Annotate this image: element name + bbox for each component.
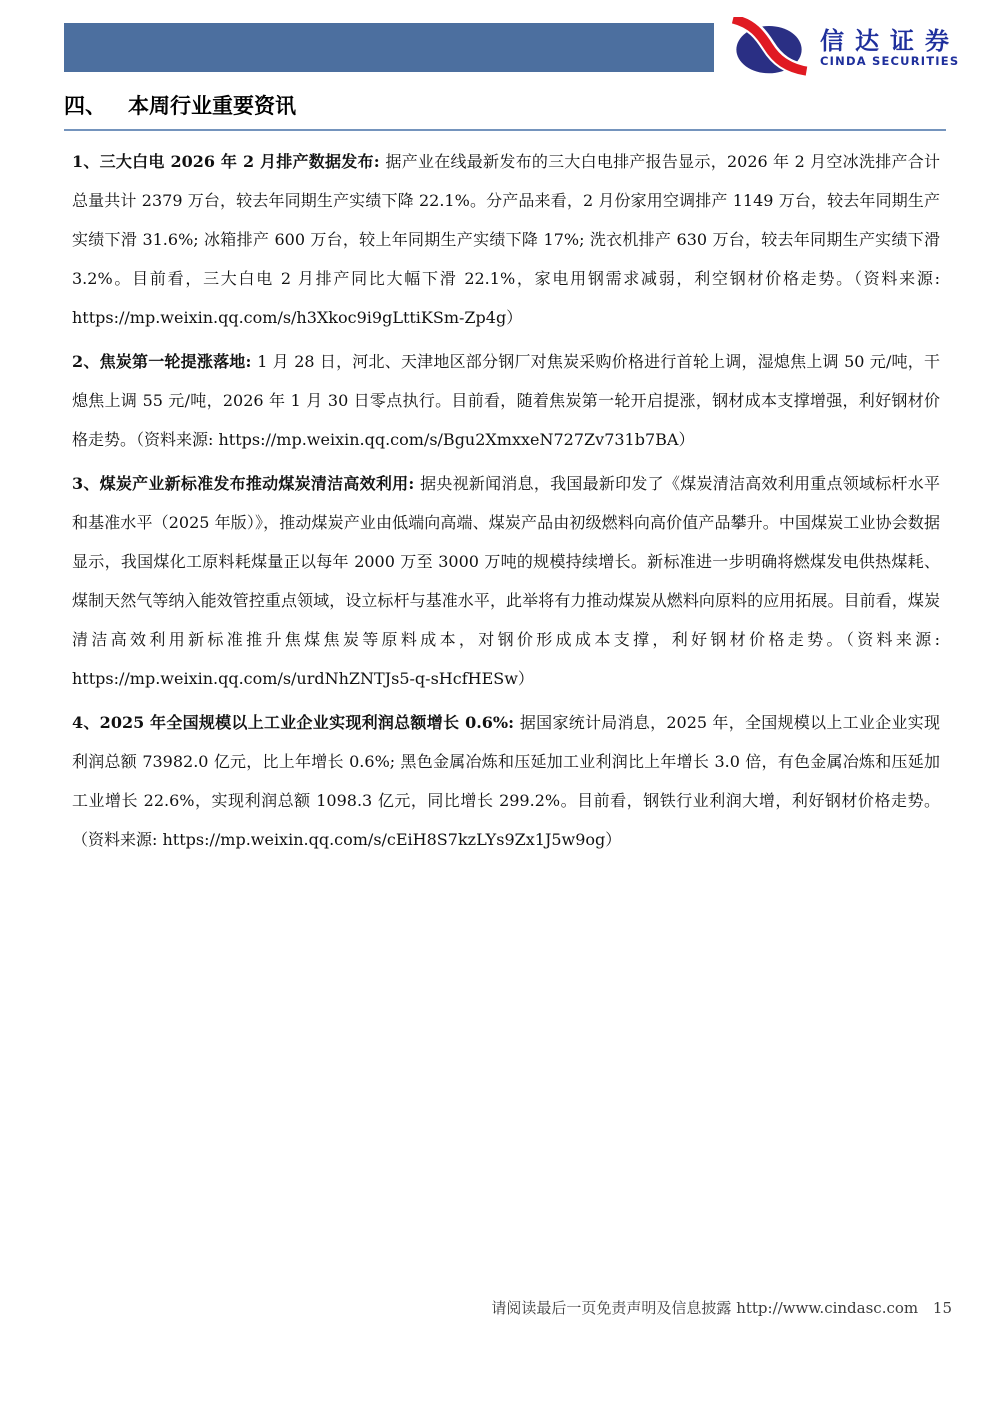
news-lead-3: 3、煤炭产业新标准发布推动煤炭清洁高效利用: bbox=[72, 474, 420, 493]
source-label-1: （资料来源: bbox=[854, 269, 940, 288]
news-lead-4: 4、2025 年全国规模以上工业企业实现利润总额增长 0.6%: bbox=[72, 713, 520, 732]
brand-name-english: CINDA SECURITIES bbox=[820, 54, 960, 69]
news-text-3: 据央视新闻消息，我国最新印发了《煤炭清洁高效利用重点领域标杆水平和基准水平（20… bbox=[72, 474, 940, 649]
source-link-3[interactable]: https://mp.weixin.qq.com/s/urdNhZNTJs5-q… bbox=[72, 669, 518, 688]
brand-name-chinese: 信达证券 bbox=[820, 28, 960, 54]
source-label-4: （资料来源: bbox=[72, 830, 162, 849]
footer-website-link[interactable]: http://www.cindasc.com bbox=[736, 1299, 918, 1317]
source-link-1[interactable]: https://mp.weixin.qq.com/s/h3Xkoc9i9gLtt… bbox=[72, 308, 506, 327]
news-paragraph-1: 1、三大白电 2026 年 2 月排产数据发布: 据产业在线最新发布的三大白电排… bbox=[72, 142, 940, 337]
source-close-4: ） bbox=[605, 830, 621, 849]
report-page: 信达证券 CINDA SECURITIES 四、本周行业重要资讯 1、三大白电 … bbox=[0, 0, 1000, 1414]
source-close-3: ） bbox=[518, 669, 534, 688]
cinda-logo-wordmark: 信达证券 CINDA SECURITIES bbox=[820, 28, 960, 69]
news-paragraph-2: 2、焦炭第一轮提涨落地: 1 月 28 日，河北、天津地区部分钢厂对焦炭采购价格… bbox=[72, 342, 940, 459]
news-lead-2: 2、焦炭第一轮提涨落地: bbox=[72, 352, 257, 371]
source-label-3: （资料来源: bbox=[846, 630, 940, 649]
news-lead-1: 1、三大白电 2026 年 2 月排产数据发布: bbox=[72, 152, 386, 171]
source-close-2: ） bbox=[678, 430, 694, 449]
section-number: 四、 bbox=[64, 94, 106, 118]
news-paragraph-4: 4、2025 年全国规模以上工业企业实现利润总额增长 0.6%: 据国家统计局消… bbox=[72, 703, 940, 859]
news-text-1: 据产业在线最新发布的三大白电排产报告显示，2026 年 2 月空冰洗排产合计总量… bbox=[72, 152, 940, 288]
section-title: 本周行业重要资讯 bbox=[128, 94, 296, 118]
cinda-logo-icon bbox=[727, 17, 811, 79]
section-heading: 四、本周行业重要资讯 bbox=[64, 90, 946, 131]
source-close-1: ） bbox=[506, 308, 522, 327]
header-bar bbox=[64, 23, 714, 72]
page-footer: 请阅读最后一页免责声明及信息披露 http://www.cindasc.com … bbox=[491, 1297, 952, 1318]
cinda-logo: 信达证券 CINDA SECURITIES bbox=[727, 17, 962, 79]
page-number: 15 bbox=[933, 1299, 952, 1317]
source-label-2: （资料来源: bbox=[136, 430, 218, 449]
source-link-4[interactable]: https://mp.weixin.qq.com/s/cEiH8S7kzLYs9… bbox=[162, 830, 605, 849]
source-link-2[interactable]: https://mp.weixin.qq.com/s/Bgu2XmxxeN727… bbox=[219, 430, 679, 449]
news-body: 1、三大白电 2026 年 2 月排产数据发布: 据产业在线最新发布的三大白电排… bbox=[72, 142, 940, 864]
footer-disclaimer: 请阅读最后一页免责声明及信息披露 bbox=[491, 1299, 731, 1317]
news-paragraph-3: 3、煤炭产业新标准发布推动煤炭清洁高效利用: 据央视新闻消息，我国最新印发了《煤… bbox=[72, 464, 940, 698]
